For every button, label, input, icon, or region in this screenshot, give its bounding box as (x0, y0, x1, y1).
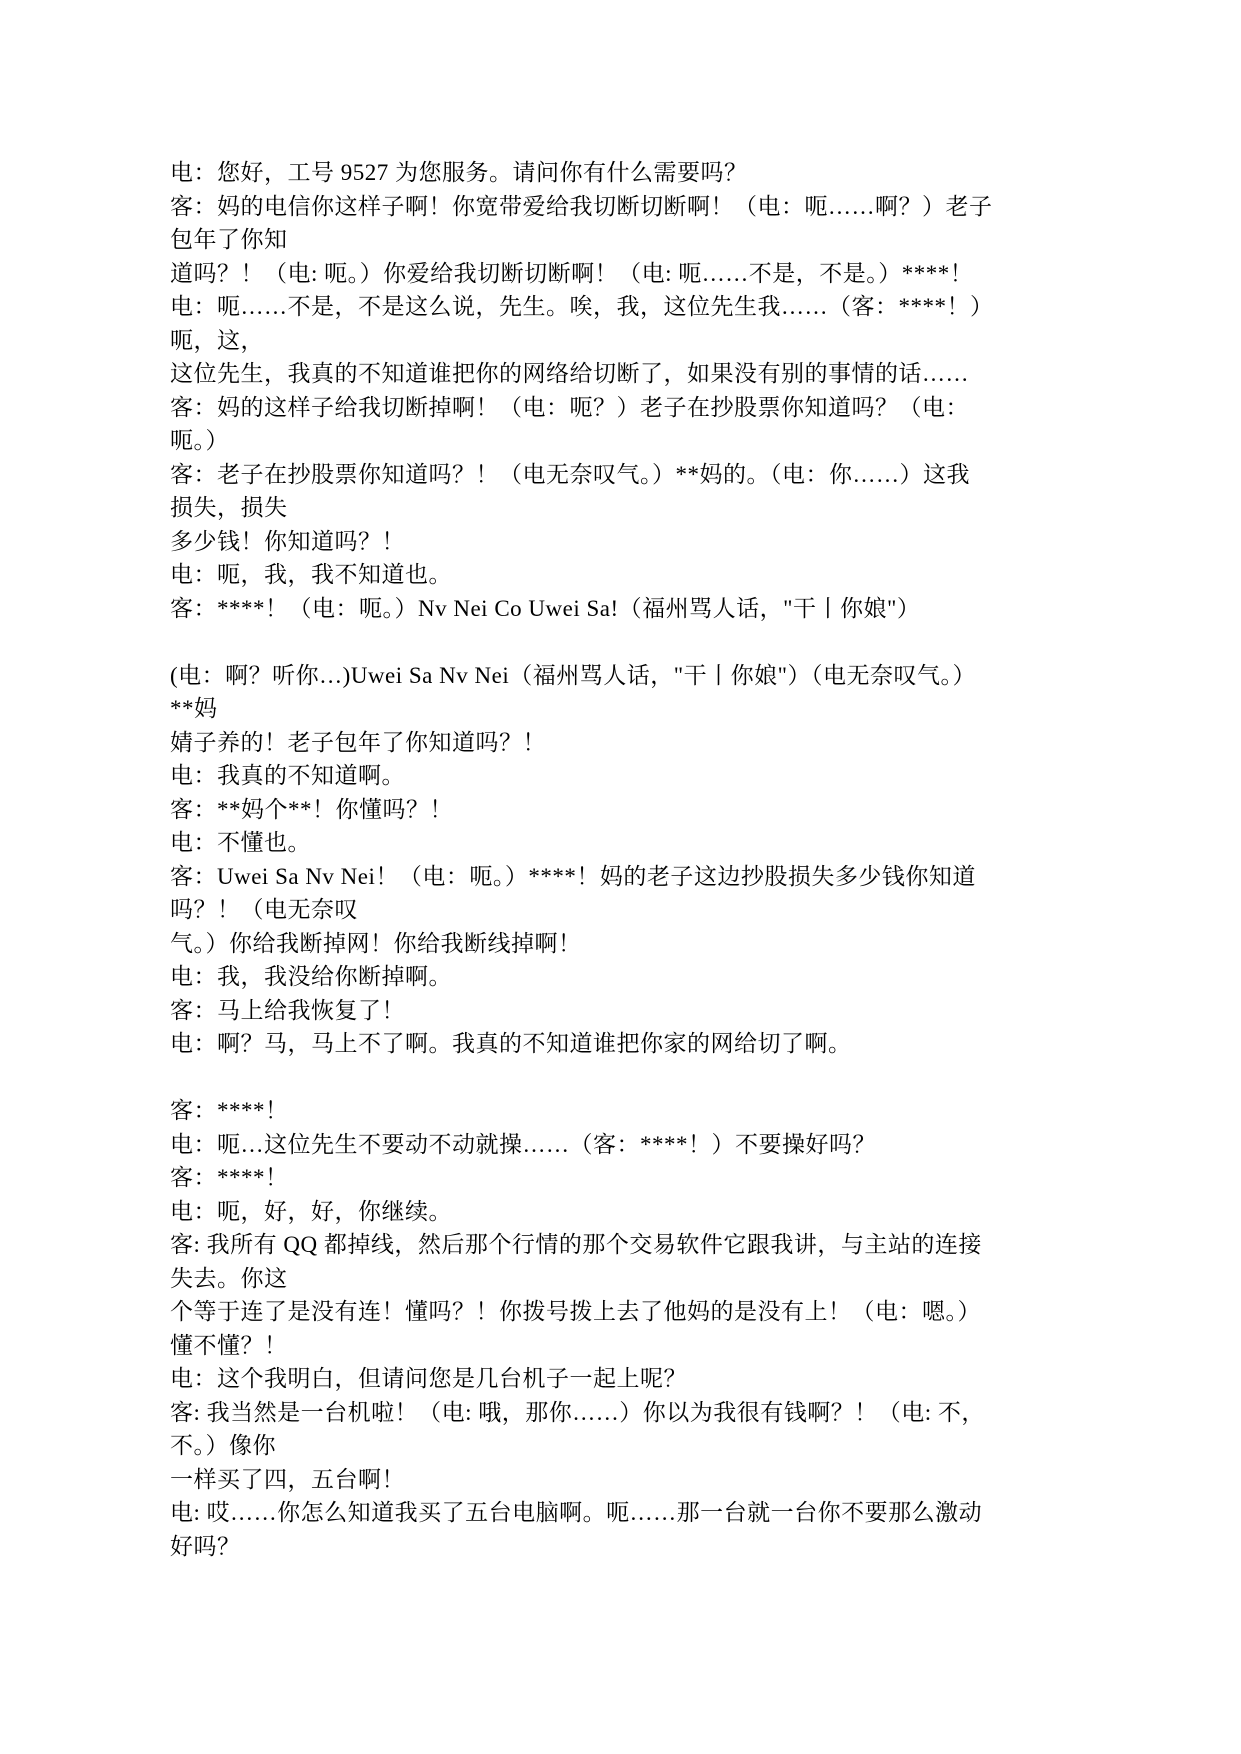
transcript-line: 客: 我所有 QQ 都掉线，然后那个行情的那个交易软件它跟我讲，与主站的连接 (170, 1228, 1181, 1262)
transcript: 电：您好，工号 9527 为您服务。请问你有什么需要吗？客：妈的电信你这样子啊！… (170, 156, 1181, 1563)
transcript-line: 损失，损失 (170, 491, 1181, 525)
transcript-line: 客：马上给我恢复了！ (170, 994, 1181, 1028)
transcript-line: 客：**妈个**！你懂吗？！ (170, 793, 1181, 827)
transcript-line: (电：啊？听你…)Uwei Sa Nv Nei（福州骂人话，"干丨你娘"）（电无… (170, 659, 1181, 693)
transcript-line: 电：呃，好，好，你继续。 (170, 1195, 1181, 1229)
transcript-line: 客：****！（电：呃。）Nv Nei Co Uwei Sa!（福州骂人话，"干… (170, 592, 1181, 626)
transcript-line: 这位先生，我真的不知道谁把你的网络给切断了，如果没有别的事情的话…… (170, 357, 1181, 391)
transcript-line: 包年了你知 (170, 223, 1181, 257)
transcript-line (170, 1061, 1181, 1095)
document-page: 电：您好，工号 9527 为您服务。请问你有什么需要吗？客：妈的电信你这样子啊！… (0, 0, 1241, 1754)
transcript-line: 客：****！ (170, 1094, 1181, 1128)
transcript-line: 好吗？ (170, 1530, 1181, 1564)
transcript-line: 电：呃…这位先生不要动不动就操……（客：****！）不要操好吗？ (170, 1128, 1181, 1162)
transcript-line: 个等于连了是没有连！懂吗？！你拨号拨上去了他妈的是没有上！（电：嗯。） (170, 1295, 1181, 1329)
transcript-line: 客：****！ (170, 1161, 1181, 1195)
transcript-line: 不。）像你 (170, 1429, 1181, 1463)
transcript-line: 失去。你这 (170, 1262, 1181, 1296)
transcript-line: 电：呃，我，我不知道也。 (170, 558, 1181, 592)
transcript-line: 气。）你给我断掉网！你给我断线掉啊！ (170, 927, 1181, 961)
transcript-line: 电：呃……不是，不是这么说，先生。唉，我，这位先生我……（客：****！） (170, 290, 1181, 324)
transcript-line: 电：您好，工号 9527 为您服务。请问你有什么需要吗？ (170, 156, 1181, 190)
transcript-line: 客: 我当然是一台机啦！（电: 哦，那你……）你以为我很有钱啊？！（电: 不， (170, 1396, 1181, 1430)
transcript-line: 呃。） (170, 424, 1181, 458)
transcript-line: 多少钱！你知道吗？！ (170, 525, 1181, 559)
transcript-line: 客：老子在抄股票你知道吗？！（电无奈叹气。）**妈的。（电：你……）这我 (170, 458, 1181, 492)
transcript-line: 吗？！（电无奈叹 (170, 893, 1181, 927)
transcript-line: 婧子养的！老子包年了你知道吗？！ (170, 726, 1181, 760)
transcript-line: 电：不懂也。 (170, 826, 1181, 860)
transcript-line: 客：妈的这样子给我切断掉啊！（电：呃？）老子在抄股票你知道吗？（电： (170, 391, 1181, 425)
transcript-line: 呃，这， (170, 324, 1181, 358)
transcript-line: 客：妈的电信你这样子啊！你宽带爱给我切断切断啊！（电：呃……啊？）老子 (170, 190, 1181, 224)
transcript-line: 电：这个我明白，但请问您是几台机子一起上呢？ (170, 1362, 1181, 1396)
transcript-line: 道吗？！（电: 呃。）你爱给我切断切断啊！（电: 呃……不是，不是。）****！ (170, 257, 1181, 291)
transcript-line: 电：啊？马，马上不了啊。我真的不知道谁把你家的网给切了啊。 (170, 1027, 1181, 1061)
transcript-line: 一样买了四，五台啊！ (170, 1463, 1181, 1497)
transcript-line: **妈 (170, 692, 1181, 726)
transcript-line: 电：我真的不知道啊。 (170, 759, 1181, 793)
transcript-line (170, 625, 1181, 659)
transcript-line: 电：我，我没给你断掉啊。 (170, 960, 1181, 994)
transcript-line: 电: 哎……你怎么知道我买了五台电脑啊。呃……那一台就一台你不要那么激动 (170, 1496, 1181, 1530)
transcript-line: 懂不懂？！ (170, 1329, 1181, 1363)
transcript-line: 客：Uwei Sa Nv Nei！（电：呃。）****！妈的老子这边抄股损失多少… (170, 860, 1181, 894)
